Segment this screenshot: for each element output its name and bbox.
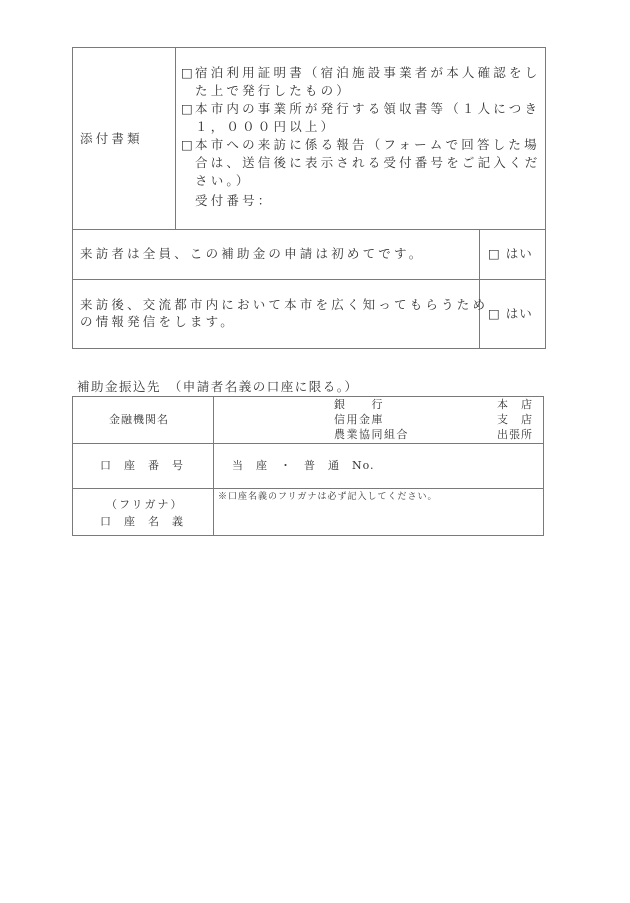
institution-type-credit-union: 信用金庫 [334,412,384,428]
institution-type-bank: 銀 行 [334,397,384,413]
account-number-field[interactable]: 当 座 ・ 普 通 No. [232,458,375,474]
attachment-item-text: さい。） [195,172,252,190]
institution-label: 金融機関名 [109,412,169,428]
receipt-number-field[interactable]: 受付番号： [195,192,274,210]
furigana-note: ※口座名義のフリガナは必ず記入してください。 [218,491,438,503]
attachment-item-text: 宿泊利用証明書（宿泊施設事業者が本人確認をし [195,64,540,82]
institution-type-agri-coop: 農業協同組合 [334,427,409,443]
info-sharing-yes-checkbox[interactable]: □ はい [488,305,533,323]
first-time-applicant-statement: 来訪者は全員、この補助金の申請は初めてです。 [80,245,424,263]
info-sharing-statement: 来訪後、交流都市内において本市を広く知ってもらうため [80,296,488,314]
checkbox-icon[interactable]: □ [181,136,193,154]
info-sharing-statement-cont: の情報発信をします。 [80,313,236,331]
first-time-yes-checkbox[interactable]: □ はい [488,245,533,263]
attachments-label: 添付書類 [80,130,143,148]
account-name-label: 口 座 名 義 [100,514,184,530]
account-name-field[interactable] [214,505,543,535]
attachment-item-text: た上で発行したもの） [195,82,352,100]
checkbox-icon[interactable]: □ [181,64,193,82]
branch-type-office: 出張所 [497,427,533,443]
attachment-item-text: １，０００円以上） [195,118,336,136]
bank-heading: 補助金振込先 （申請者名義の口座に限る。） [77,378,359,396]
attachment-item-text: 本市内の事業所が発行する領収書等（１人につき [195,100,540,118]
branch-type-main: 本 店 [497,397,533,413]
branch-type-branch: 支 店 [497,412,533,428]
checkbox-icon[interactable]: □ [181,100,193,118]
account-number-label: 口 座 番 号 [100,458,184,474]
attachment-item-text: 合は、送信後に表示される受付番号をご記入くだ [195,154,540,172]
furigana-label: （フリガナ） [106,497,183,513]
attachment-item-text: 本市への来訪に係る報告（フォームで回答した場 [195,136,540,154]
